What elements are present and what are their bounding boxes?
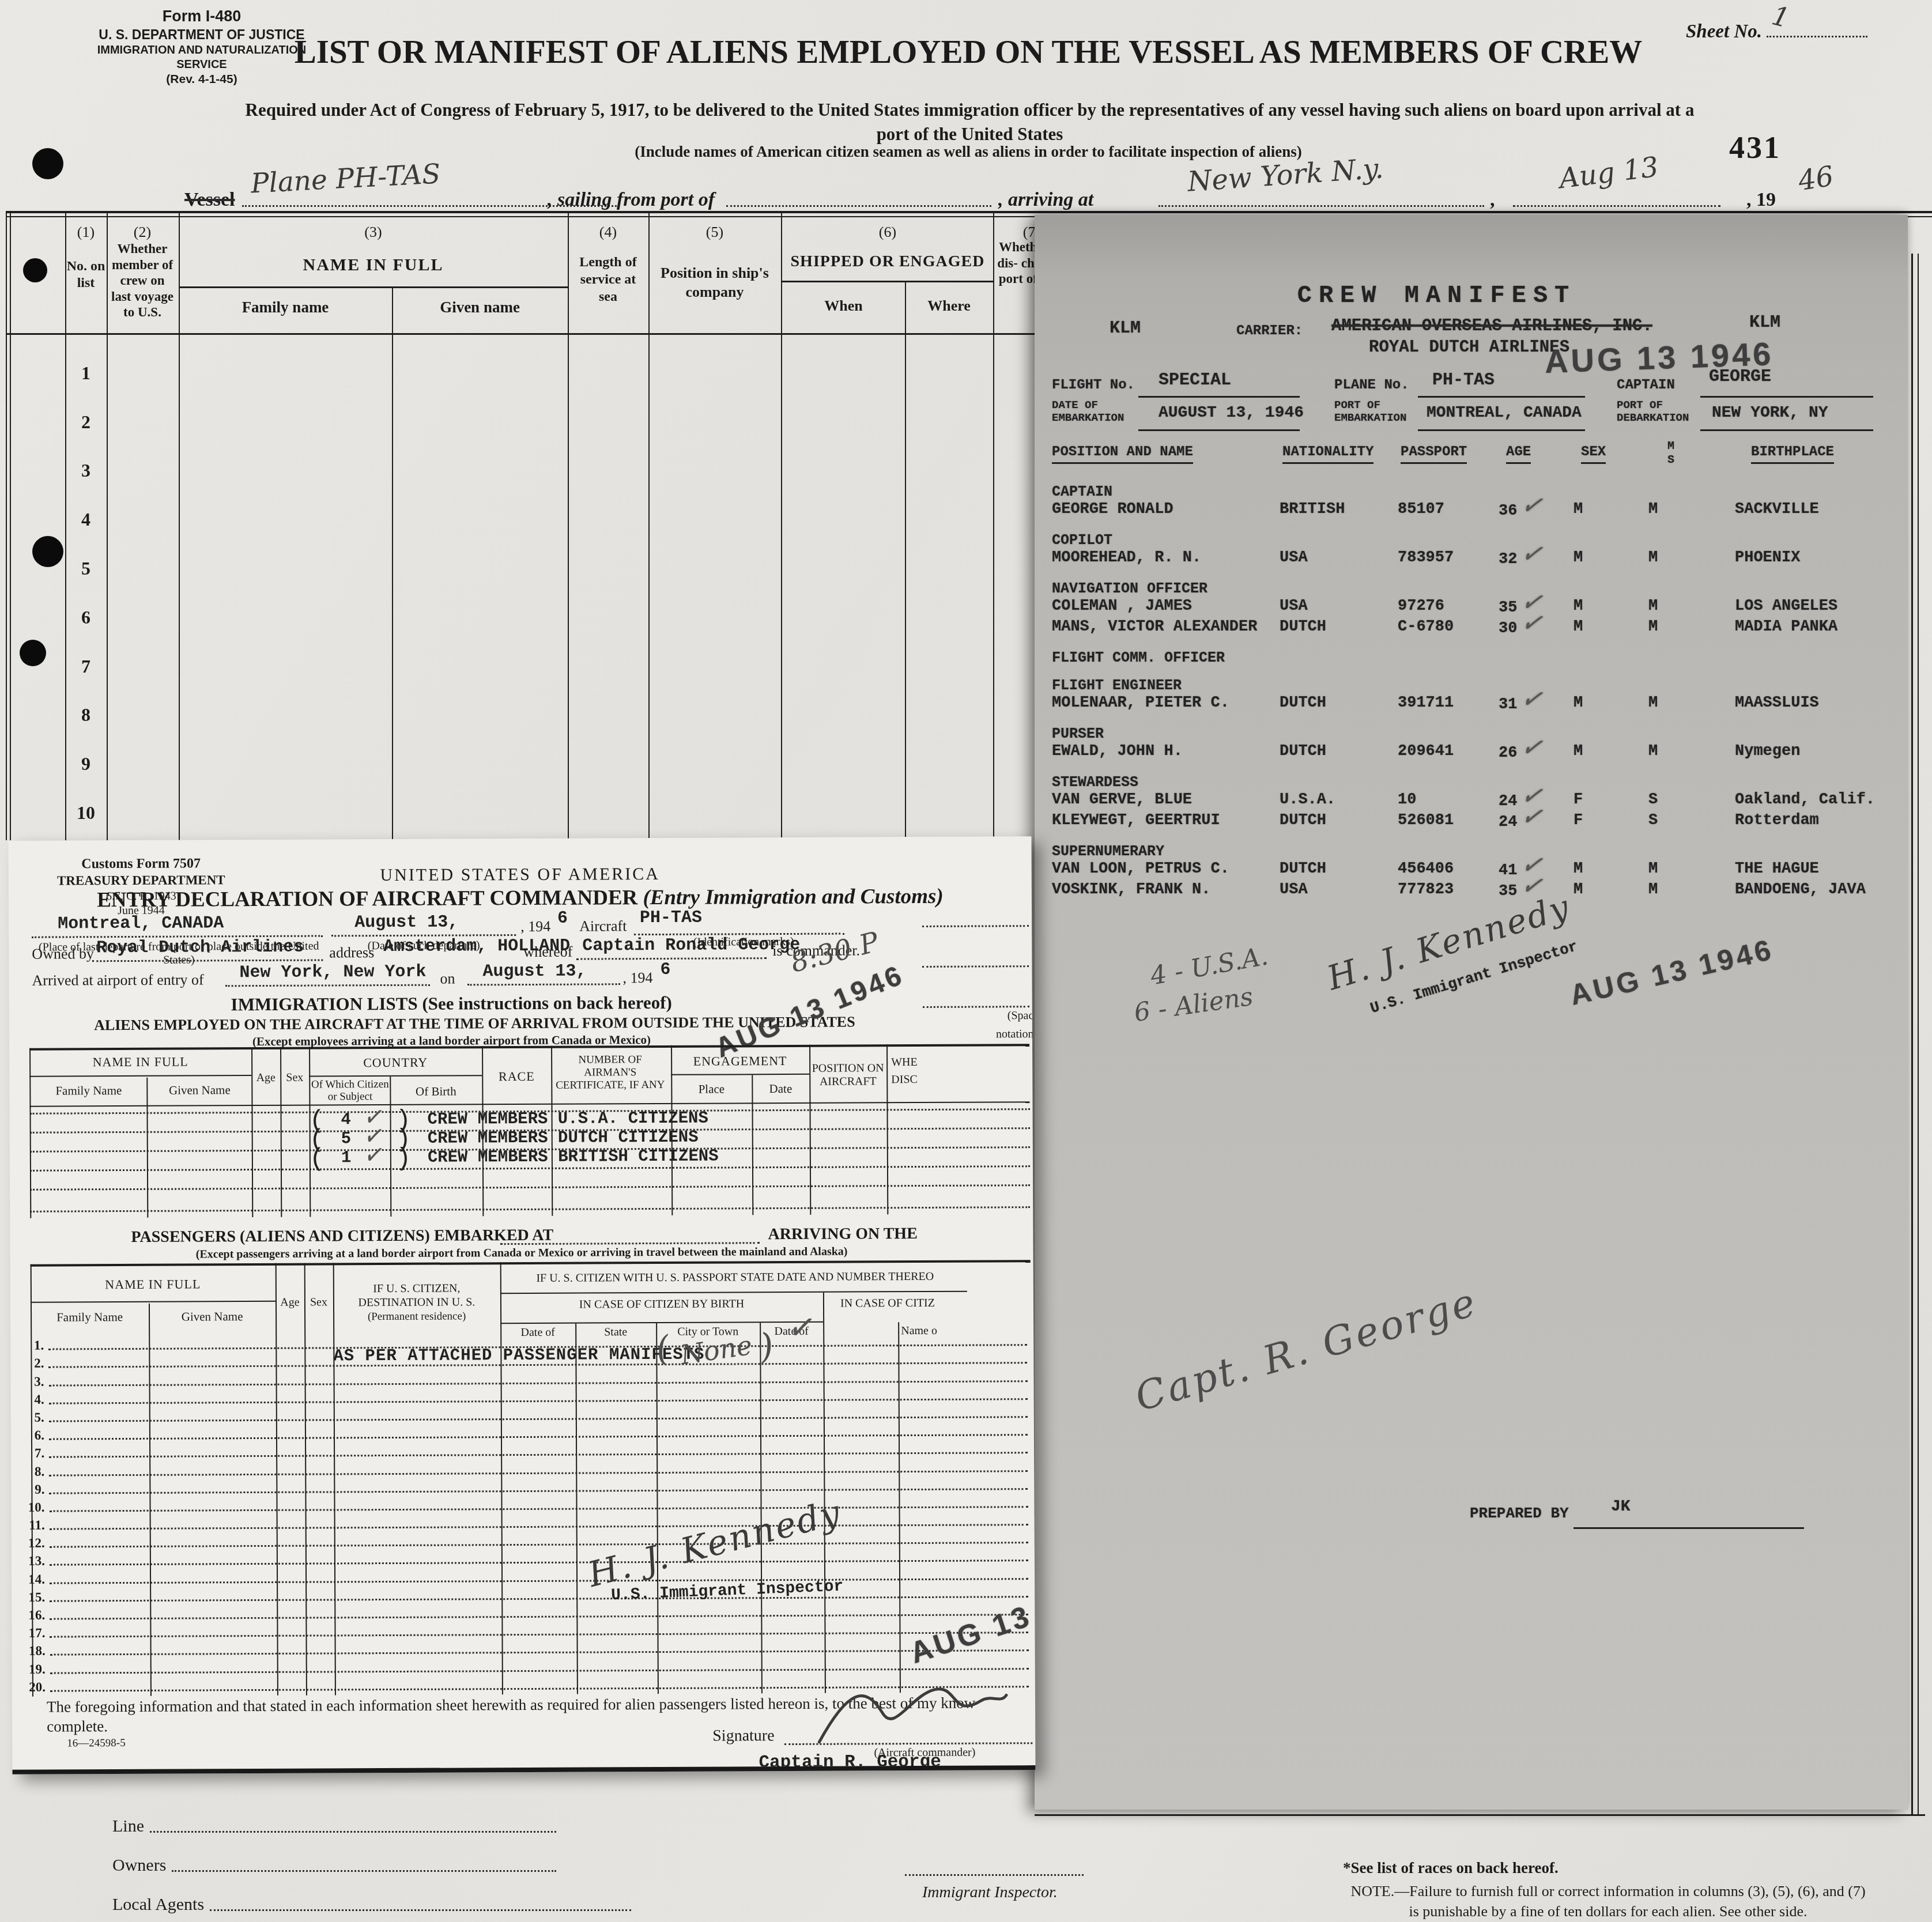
debark-port-line xyxy=(1700,428,1873,431)
arrival-year-typed: 6 xyxy=(660,960,670,980)
passengers-blank xyxy=(500,1241,760,1245)
col-line-7 xyxy=(993,211,994,840)
crew-birthplace: MADIA PANKA xyxy=(1735,618,1891,636)
edge-line-3 xyxy=(923,1005,1029,1008)
form-left-edge-2 xyxy=(10,211,11,840)
brace-open: ( xyxy=(310,1145,325,1173)
crew-entry: EWALD, JOHN H. DUTCH 209641 26✓ M M Nyme… xyxy=(1052,743,1891,764)
col1-number: (1) xyxy=(65,224,107,241)
crew-birthplace: MAASSLUIS xyxy=(1735,694,1891,712)
carrier-struck-value: AMERICAN OVERSEAS AIRLINES, INC. xyxy=(1331,316,1652,335)
passenger-rows: 1. 2. 3. 4. 5. 6. 7. 8. xyxy=(17,1331,1029,1694)
col6-label: SHIPPED OR ENGAGED xyxy=(782,252,993,271)
crew-birthplace: Oakland, Calif. xyxy=(1735,791,1891,809)
citizen-count: 1 xyxy=(341,1148,352,1167)
crew-name: MOOREHEAD, R. N. xyxy=(1052,549,1280,567)
t2-name-rule xyxy=(31,1301,276,1303)
certify-line-2: complete. xyxy=(47,1717,108,1735)
crew-entry: PURSER xyxy=(1052,726,1891,743)
arrival-date-line xyxy=(467,966,620,985)
races-note: *See list of races on back hereof. xyxy=(1343,1859,1559,1877)
arrival-year-printed: , 194 xyxy=(622,969,652,987)
crew-passport: 456406 xyxy=(1398,860,1499,878)
embark-date-label: DATE OF EMBARKATION xyxy=(1052,399,1138,425)
crew-age: 26✓ xyxy=(1499,743,1573,762)
citizen-tally-rows: ( 4 ✓ ) CREW MEMBERS U.S.A. CITIZENS ( 5… xyxy=(310,1109,713,1168)
crew-sex: M xyxy=(1573,501,1648,518)
plane-no-label: PLANE No. xyxy=(1334,377,1409,393)
year-value: 46 xyxy=(1796,160,1836,198)
crew-section-title: SUPERNUMERARY xyxy=(1052,843,1891,860)
vessel-label: Vessel xyxy=(184,189,235,211)
address-label: address xyxy=(329,944,374,961)
aircraft-label: Aircraft xyxy=(579,917,627,935)
debark-port-value: NEW YORK, NY xyxy=(1712,404,1828,422)
crew-passport: 97276 xyxy=(1398,598,1499,615)
crew-birthplace: Rotterdam xyxy=(1735,812,1891,829)
citizen-count: 5 xyxy=(341,1129,352,1148)
embark-port-label: PORT OF EMBARKATION xyxy=(1334,399,1421,425)
col-line-4 xyxy=(568,211,569,840)
tally-usa: 4 - U.S.A. xyxy=(1148,941,1270,991)
crew-entry: VAN LOON, PETRUS C. DUTCH 456406 41✓ M M… xyxy=(1052,860,1891,881)
owned-by-line xyxy=(92,942,323,962)
whereof-label: whereof xyxy=(523,943,572,961)
manifest-row-number: 10 xyxy=(65,788,107,837)
klm-left: KLM xyxy=(1110,319,1141,338)
crew-row: VAN GERVE, BLUE U.S.A. 10 24✓ F S Oaklan… xyxy=(1052,791,1891,812)
name-subrule xyxy=(179,286,568,288)
owners-label: Owners xyxy=(112,1856,166,1875)
crew-entry: FLIGHT ENGINEER xyxy=(1052,677,1891,694)
punch-hole xyxy=(23,258,47,282)
edge-line-2 xyxy=(922,964,1029,968)
crew-section-title: PURSER xyxy=(1052,726,1891,743)
crew-birthplace: SACKVILLE xyxy=(1735,501,1891,518)
t1-position: POSITION ON AIRCRAFT xyxy=(810,1062,885,1089)
family-name-label: Family name xyxy=(179,299,392,316)
crew-age: 24✓ xyxy=(1499,812,1573,831)
crew-row: MOOREHEAD, R. N. USA 783957 32✓ M M PHOE… xyxy=(1052,549,1891,570)
date-stamp-mid: AUG 13 1946 xyxy=(1567,932,1777,1012)
passengers-subtitle: (Except passengers arriving at a land bo… xyxy=(10,1244,1033,1262)
crew-row: KLEYWEGT, GEERTRUI DUTCH 526081 24✓ F S … xyxy=(1052,812,1891,833)
failure-note: NOTE.—Failure to furnish full or correct… xyxy=(1291,1881,1925,1921)
col-line-2 xyxy=(107,211,108,840)
print-code: 16—24598-5 xyxy=(67,1737,125,1750)
crew-passport: 777823 xyxy=(1398,881,1499,898)
manifest-row-number: 5 xyxy=(65,544,107,593)
manifest-row-number: 1 xyxy=(65,349,107,398)
crew-birthplace: PHOENIX xyxy=(1735,549,1891,567)
crew-marital-status: M xyxy=(1648,618,1735,636)
crew-entry: VAN GERVE, BLUE U.S.A. 10 24✓ F S Oaklan… xyxy=(1052,791,1891,812)
crew-birthplace: LOS ANGELES xyxy=(1735,598,1891,615)
crew-name: GEORGE RONALD xyxy=(1052,501,1280,518)
t1-sex: Sex xyxy=(280,1071,309,1085)
sailing-from-label: , sailing from port of xyxy=(548,189,715,211)
crew-entry: KLEYWEGT, GEERTRUI DUTCH 526081 24✓ F S … xyxy=(1052,812,1891,833)
col4-label: Length of service at sea xyxy=(572,254,644,305)
col3-label: NAME IN FULL xyxy=(179,255,568,275)
crew-sex: M xyxy=(1573,549,1648,567)
crew-name: VAN GERVE, BLUE xyxy=(1052,791,1280,809)
crew-name: VOSKINK, FRANK N. xyxy=(1052,881,1280,898)
crew-sex: M xyxy=(1573,860,1648,878)
t2-given: Given Name xyxy=(149,1309,276,1324)
col5-label: Position in ship's company xyxy=(655,264,774,301)
right-column-rule xyxy=(1911,254,1913,1815)
notation-fragment: notation xyxy=(996,1028,1034,1041)
carrier-value: ROYAL DUTCH AIRLINES xyxy=(1369,338,1569,357)
crew-passport: 391711 xyxy=(1398,694,1499,712)
header-bottom-rule xyxy=(6,333,1035,335)
captain-typed-name: Captain R. George xyxy=(759,1752,941,1773)
col-s: S xyxy=(1667,454,1674,467)
crew-nationality: U.S.A. xyxy=(1280,791,1398,809)
t1-disc: DISC xyxy=(891,1073,918,1086)
declaration-heading: ENTRY DECLARATION OF AIRCRAFT COMMANDER … xyxy=(9,883,1032,913)
crew-manifest-title: CREW MANIFEST xyxy=(1035,282,1839,309)
crew-birthplace: BANDOENG, JAVA xyxy=(1735,881,1891,898)
citizen-count: 4 xyxy=(341,1110,352,1129)
when-label: When xyxy=(782,297,905,315)
t1-country: COUNTRY xyxy=(309,1055,482,1070)
captain-signature: Capt. R. George xyxy=(1130,1279,1482,1421)
arrived-label: Arrived at airport of entry of xyxy=(32,971,203,989)
t1-age: Age xyxy=(251,1071,280,1085)
t2-citiz-fragment: IN CASE OF CITIZ xyxy=(840,1297,935,1311)
col-line-when-split xyxy=(905,281,906,840)
local-agents-label: Local Agents xyxy=(112,1895,204,1915)
crew-row: EWALD, JOHN H. DUTCH 209641 26✓ M M Nyme… xyxy=(1052,743,1891,764)
crew-name: VAN LOON, PETRUS C. xyxy=(1052,860,1280,878)
failure-note-line1: NOTE.—Failure to furnish full or correct… xyxy=(1291,1881,1925,1901)
crew-nationality: DUTCH xyxy=(1280,812,1398,829)
crew-section-title: FLIGHT COMM. OFFICER xyxy=(1052,650,1891,667)
citizen-tally-row: ( 1 ✓ ) CREW MEMBERS BRITISH CITIZENS xyxy=(310,1147,713,1168)
local-agents-field: Local Agents xyxy=(112,1895,631,1915)
immigration-lists-title: IMMIGRATION LISTS (See instructions on b… xyxy=(9,991,894,1016)
crew-name: MANS, VICTOR ALEXANDER xyxy=(1052,618,1280,636)
page-title: LIST OR MANIFEST OF ALIENS EMPLOYED ON T… xyxy=(265,33,1671,71)
manifest-note: AS PER ATTACHED PASSENGER MANIFESTS xyxy=(333,1345,704,1366)
entry-declaration-form: Customs Form 7507 TREASURY DEPARTMENT 6.… xyxy=(8,836,1035,1774)
crew-nationality: DUTCH xyxy=(1280,694,1398,712)
prepared-by-label: PREPARED BY xyxy=(1470,1505,1569,1522)
arriving-at-label: , arriving at xyxy=(998,189,1093,211)
embark-port-value: MONTREAL, CANADA xyxy=(1427,404,1582,422)
crew-sex: F xyxy=(1573,812,1648,829)
crew-age: 31✓ xyxy=(1499,694,1573,713)
t1-engagement: ENGAGEMENT xyxy=(671,1053,809,1069)
crew-sex: M xyxy=(1573,598,1648,615)
t1-engagement-rule xyxy=(671,1074,809,1075)
page-subtitle: Required under Act of Congress of Februa… xyxy=(107,98,1833,146)
crew-marital-status: M xyxy=(1648,743,1735,760)
shipped-subrule xyxy=(781,281,993,282)
t1-whe: WHE xyxy=(891,1056,918,1069)
crew-age: 36✓ xyxy=(1499,501,1573,520)
col4-number: (4) xyxy=(569,224,647,241)
line-blank xyxy=(150,1831,556,1833)
crew-sex: M xyxy=(1573,694,1648,712)
crew-name: EWALD, JOHN H. xyxy=(1052,743,1280,760)
scanned-document: Form I-480 U. S. DEPARTMENT OF JUSTICE I… xyxy=(0,0,1932,1922)
crew-passport: C-6780 xyxy=(1398,618,1499,636)
t1-row-line xyxy=(30,1183,1030,1191)
t1-race: RACE xyxy=(482,1069,551,1085)
form-number: Form I-480 xyxy=(78,7,326,27)
crew-section-title: STEWARDESS xyxy=(1052,774,1891,791)
col2-label: Whether member of crew on last voyage to… xyxy=(110,241,175,320)
space-fragment: (Space xyxy=(1007,1009,1036,1022)
crew-section-title: CAPTAIN xyxy=(1052,484,1891,501)
signature-label: Signature xyxy=(712,1727,774,1745)
col6-number: (6) xyxy=(782,224,993,241)
captain-value: GEORGE xyxy=(1709,367,1771,387)
crew-row: MOLENAAR, PIETER C. DUTCH 391711 31✓ M M… xyxy=(1052,694,1891,715)
col5-number: (5) xyxy=(650,224,780,241)
year-typed: 6 xyxy=(557,909,568,928)
crew-age: 30✓ xyxy=(1499,618,1573,637)
sheet-no-label: Sheet No. xyxy=(1686,21,1762,42)
citizen-label: CREW MEMBERS U.S.A. CITIZENS xyxy=(428,1109,708,1129)
where-label: Where xyxy=(905,297,993,315)
arrived-line xyxy=(225,967,429,987)
manifest-row-number: 4 xyxy=(65,495,107,544)
t2-sex: Sex xyxy=(304,1296,333,1309)
edge-line-1 xyxy=(922,924,1029,927)
t2-bybirth-rule xyxy=(500,1321,823,1324)
t2-by-birth: IN CASE OF CITIZEN BY BIRTH xyxy=(500,1297,823,1312)
t2-family: Family Name xyxy=(31,1310,149,1325)
t1-vline xyxy=(146,1078,148,1218)
t1-family: Family Name xyxy=(29,1083,148,1098)
crew-marital-status: S xyxy=(1648,791,1735,809)
debark-port-label: PORT OF DEBARKATION xyxy=(1617,399,1703,425)
manifest-row-number: 2 xyxy=(65,398,107,447)
passengers-title: PASSENGERS (ALIENS AND CITIZENS) EMBARKE… xyxy=(131,1226,553,1247)
t1-airman: NUMBER OF AIRMAN'S CERTIFICATE, IF ANY xyxy=(554,1053,666,1092)
crew-section-title: NAVIGATION OFFICER xyxy=(1052,580,1891,598)
col-position-name: POSITION AND NAME xyxy=(1052,444,1193,464)
crew-row: VAN LOON, PETRUS C. DUTCH 456406 41✓ M M… xyxy=(1052,860,1891,881)
col-passport: PASSPORT xyxy=(1401,444,1467,464)
heading-main: ENTRY DECLARATION OF AIRCRAFT COMMANDER xyxy=(97,886,637,912)
flight-no-line xyxy=(1138,395,1300,398)
crew-marital-status: M xyxy=(1648,881,1735,898)
owners-field: Owners xyxy=(112,1856,556,1875)
t2-passport-rule xyxy=(500,1291,967,1294)
crew-section-title: COPILOT xyxy=(1052,532,1891,549)
embark-port-line xyxy=(1418,428,1585,431)
crew-nationality: DUTCH xyxy=(1280,860,1398,878)
crew-marital-status: S xyxy=(1648,812,1735,829)
carrier-label: CARRIER: xyxy=(1236,323,1303,339)
col3-number: (3) xyxy=(179,224,568,241)
crew-marital-status: M xyxy=(1648,549,1735,567)
crew-passport: 10 xyxy=(1398,791,1499,809)
signature-scribble xyxy=(813,1678,1010,1747)
citizen-label: CREW MEMBERS BRITISH CITIZENS xyxy=(428,1147,719,1167)
commander-line xyxy=(576,940,767,960)
crew-age: 32✓ xyxy=(1499,549,1573,568)
revision-line: (Rev. 4-1-45) xyxy=(78,72,326,87)
sailing-port-line xyxy=(726,182,991,207)
crew-marital-status: M xyxy=(1648,598,1735,615)
subtitle-line-1: Required under Act of Congress of Februa… xyxy=(107,98,1833,122)
line-field: Line xyxy=(112,1817,556,1836)
t2-name-in-full: NAME IN FULL xyxy=(31,1277,276,1293)
crew-entry: GEORGE RONALD BRITISH 85107 36✓ M M SACK… xyxy=(1052,501,1891,522)
given-name-label: Given name xyxy=(392,299,568,316)
col1-label: No. on list xyxy=(66,258,105,292)
prepared-by-line xyxy=(1573,1525,1804,1529)
crew-marital-status: M xyxy=(1648,501,1735,518)
crew-nationality: USA xyxy=(1280,598,1398,615)
owned-by-label: Owned by xyxy=(32,945,94,962)
brace-close: ) xyxy=(396,1145,412,1173)
manifest-row-number: 8 xyxy=(65,691,107,740)
t1-given: Given Name xyxy=(148,1083,251,1098)
crew-birthplace: THE HAGUE xyxy=(1735,860,1891,878)
crew-entry: MOOREHEAD, R. N. USA 783957 32✓ M M PHOE… xyxy=(1052,549,1891,570)
t2-age: Age xyxy=(276,1296,304,1309)
failure-note-line2: is punishable by a fine of ten dollars f… xyxy=(1291,1901,1925,1921)
year-prefix: , 19 xyxy=(1746,189,1776,211)
crew-marital-status: M xyxy=(1648,860,1735,878)
crew-marital-status: M xyxy=(1648,694,1735,712)
plane-no-line xyxy=(1418,395,1585,398)
t2-passport-header: IF U. S. CITIZEN WITH U. S. PASSPORT STA… xyxy=(500,1270,970,1286)
line-label: Line xyxy=(112,1817,144,1836)
crew-manifest-sheet: CREW MANIFEST KLM CARRIER: AMERICAN OVER… xyxy=(1035,215,1908,1810)
page-number: 431 xyxy=(1729,130,1781,165)
flight-no-label: FLIGHT No. xyxy=(1052,377,1135,393)
crew-sex: M xyxy=(1573,743,1648,760)
bottom-rule xyxy=(1035,1814,1925,1816)
manifest-row-number: 7 xyxy=(65,642,107,691)
crew-entry: COPILOT xyxy=(1052,532,1891,549)
punch-hole xyxy=(32,148,63,179)
crew-entry: STEWARDESS xyxy=(1052,774,1891,791)
t2-destination-sub: (Permanent residence) xyxy=(334,1310,499,1323)
heading-paren: (Entry Immigration and Customs) xyxy=(643,885,943,909)
crew-entry: VOSKINK, FRANK N. USA 777823 35✓ M M BAN… xyxy=(1052,881,1891,902)
embark-date-line xyxy=(1138,428,1300,431)
embark-date-value: AUGUST 13, 1946 xyxy=(1159,404,1304,422)
crew-row: MANS, VICTOR ALEXANDER DUTCH C-6780 30✓ … xyxy=(1052,618,1891,639)
captain-label: CAPTAIN xyxy=(1617,377,1675,393)
t1-country-rule xyxy=(309,1075,482,1077)
departure-place-line xyxy=(32,915,323,938)
crew-nationality: USA xyxy=(1280,881,1398,898)
t1-birth: Of Birth xyxy=(390,1084,482,1099)
crew-entry: SUPERNUMERARY xyxy=(1052,843,1891,860)
punch-hole xyxy=(20,640,46,666)
col-birthplace: BIRTHPLACE xyxy=(1751,444,1834,464)
flight-no-value: SPECIAL xyxy=(1159,371,1231,390)
crew-birthplace: Nymegen xyxy=(1735,743,1891,760)
crew-sex: M xyxy=(1573,881,1648,898)
crew-row: GEORGE RONALD BRITISH 85107 36✓ M M SACK… xyxy=(1052,501,1891,522)
immigrant-inspector-label: Immigrant Inspector. xyxy=(922,1883,1058,1902)
crew-entry: MOLENAAR, PIETER C. DUTCH 391711 31✓ M M… xyxy=(1052,694,1891,715)
crew-row: COLEMAN , JAMES USA 97276 35✓ M M LOS AN… xyxy=(1052,598,1891,618)
crew-passport: 85107 xyxy=(1398,501,1499,518)
departure-date-line xyxy=(331,913,516,937)
t1-header-bottom xyxy=(29,1101,1029,1107)
manifest-row-number: 3 xyxy=(65,447,107,496)
crew-sex: F xyxy=(1573,791,1648,809)
t1-name-in-full: NAME IN FULL xyxy=(29,1054,251,1070)
crew-nationality: DUTCH xyxy=(1280,618,1398,636)
captain-line xyxy=(1700,395,1873,398)
aircraft-line xyxy=(634,912,844,936)
inspector-signature-line xyxy=(905,1873,1084,1876)
col-line-name-split xyxy=(392,288,393,840)
owners-blank xyxy=(172,1870,556,1872)
on-label: on xyxy=(440,971,455,988)
crew-entry: MANS, VICTOR ALEXANDER DUTCH C-6780 30✓ … xyxy=(1052,618,1891,639)
crew-passport: 209641 xyxy=(1398,743,1499,760)
arriving-on-label: ARRIVING ON THE xyxy=(768,1225,917,1244)
t2-destination: IF U. S. CITIZEN, DESTINATION IN U. S. xyxy=(334,1281,499,1309)
crew-passport: 783957 xyxy=(1398,549,1499,567)
plane-no-value: PH-TAS xyxy=(1432,371,1495,390)
crew-entry: CAPTAIN xyxy=(1052,484,1891,501)
crew-passport: 526081 xyxy=(1398,812,1499,829)
year-printed: , 194 xyxy=(520,918,550,935)
manifest-row-numbers: 12345678910 xyxy=(65,349,107,837)
crew-nationality: DUTCH xyxy=(1280,743,1398,760)
t1-name-rule xyxy=(29,1075,251,1077)
col-nationality: NATIONALITY xyxy=(1282,444,1373,464)
crew-name: MOLENAAR, PIETER C. xyxy=(1052,694,1280,712)
prepared-by-value: JK xyxy=(1611,1498,1631,1516)
crew-entry: FLIGHT COMM. OFFICER xyxy=(1052,650,1891,667)
col-line-5 xyxy=(648,211,650,840)
klm-right: KLM xyxy=(1749,313,1780,333)
crew-nationality: USA xyxy=(1280,549,1398,567)
punch-hole xyxy=(32,536,63,567)
country-title: UNITED STATES OF AMERICA xyxy=(9,863,1032,887)
form-left-edge xyxy=(6,211,7,840)
arrive-comma: , xyxy=(1490,189,1495,211)
crew-sex: M xyxy=(1573,618,1648,636)
crew-entry: NAVIGATION OFFICER xyxy=(1052,580,1891,598)
citizen-label: CREW MEMBERS DUTCH CITIZENS xyxy=(428,1128,699,1148)
crew-entries: CAPTAIN GEORGE RONALD BRITISH 85107 36✓ xyxy=(1052,473,1891,902)
crew-name: COLEMAN , JAMES xyxy=(1052,598,1280,615)
table-top-rule xyxy=(6,211,1932,213)
tally-aliens: 6 - Aliens xyxy=(1132,982,1255,1028)
crew-row: VOSKINK, FRANK N. USA 777823 35✓ M M BAN… xyxy=(1052,881,1891,902)
col-m: M xyxy=(1667,440,1674,453)
right-column-rule-2 xyxy=(1918,254,1919,1815)
col-sex: SEX xyxy=(1581,444,1606,464)
include-note: (Include names of American citizen seame… xyxy=(277,143,1660,161)
crew-name: KLEYWEGT, GEERTRUI xyxy=(1052,812,1280,829)
col-age: AGE xyxy=(1506,444,1531,464)
crew-section-title: FLIGHT ENGINEER xyxy=(1052,677,1891,694)
t1-place: Place xyxy=(671,1082,752,1097)
manifest-row-number: 9 xyxy=(65,739,107,788)
crew-entry: COLEMAN , JAMES USA 97276 35✓ M M LOS AN… xyxy=(1052,598,1891,618)
col2-number: (2) xyxy=(108,224,177,241)
crew-nationality: BRITISH xyxy=(1280,501,1398,518)
